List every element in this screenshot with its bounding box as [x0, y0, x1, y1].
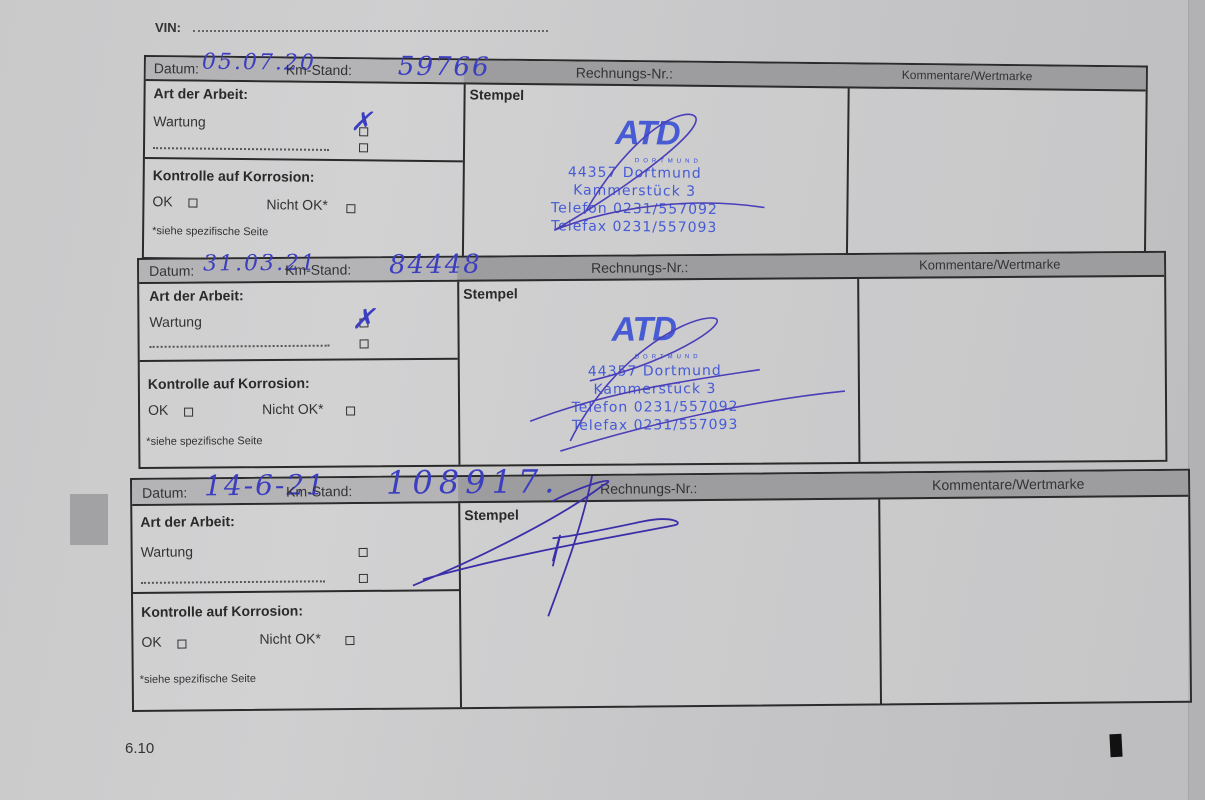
wartung-label: Wartung — [149, 314, 202, 330]
wartung-label: Wartung — [141, 543, 194, 559]
kommentare-label: Kommentare/Wertmarke — [932, 476, 1084, 493]
korrosion-ok-checkbox[interactable] — [184, 408, 193, 417]
stempel-label: Stempel — [463, 285, 518, 301]
rechnungs-nr-label: Rechnungs-Nr.: — [591, 259, 688, 276]
wartung-check-mark: ✗ — [350, 107, 372, 137]
dealer-stamp: 44357 Dortmund Kammerstück 3 Telefon 023… — [504, 163, 765, 238]
rechnungs-nr-label: Rechnungs-Nr.: — [576, 65, 673, 82]
stamp-logo: ATD — [611, 310, 676, 349]
footnote: *siehe spezifische Seite — [146, 435, 262, 448]
art-der-arbeit-label: Art der Arbeit: — [154, 85, 249, 102]
datum-label: Datum: — [149, 263, 194, 279]
stamp-logo-sub: DORTMUND — [635, 354, 702, 360]
kommentar-section — [878, 497, 1190, 704]
ok-label: OK — [148, 402, 168, 418]
km-stand-label: Km-Stand: — [286, 61, 352, 78]
stempel-label: Stempel — [464, 507, 519, 523]
vin-label: VIN: — [155, 20, 181, 35]
vin-field — [193, 30, 548, 32]
work-section: Art der Arbeit: Wartung Kontrolle auf Ko… — [132, 503, 460, 710]
other-work-field — [153, 147, 329, 151]
rechnungs-nr-label: Rechnungs-Nr.: — [600, 480, 697, 497]
stamp-section: Stempel — [458, 499, 882, 707]
art-der-arbeit-label: Art der Arbeit: — [140, 513, 235, 530]
footnote: *siehe spezifische Seite — [140, 673, 256, 686]
kontrolle-label: Kontrolle auf Korrosion: — [153, 167, 315, 185]
work-section: Art der Arbeit: Wartung ✗ Kontrolle auf … — [139, 282, 458, 467]
stamp-section: Stempel ATD DORTMUND 44357 Dortmund Kamm… — [457, 279, 860, 465]
datum-label: Datum: — [142, 485, 187, 501]
other-work-checkbox[interactable] — [359, 143, 368, 152]
other-work-field — [150, 345, 330, 348]
other-work-checkbox[interactable] — [359, 574, 368, 583]
kommentar-section — [846, 88, 1146, 267]
datum-label: Datum: — [154, 60, 199, 76]
km-stand-label: Km-Stand: — [286, 483, 352, 500]
art-der-arbeit-label: Art der Arbeit: — [149, 287, 244, 304]
km-stand-value: 108917. — [386, 462, 561, 502]
korrosion-nicht-ok-checkbox[interactable] — [346, 406, 355, 415]
korrosion-ok-checkbox[interactable] — [188, 198, 197, 207]
service-entry-1: Datum: 05.07.20 Km-Stand: 59766 Rechnung… — [142, 55, 1148, 270]
km-stand-label: Km-Stand: — [285, 262, 351, 278]
wartung-check-mark: ✗ — [351, 302, 375, 335]
stamp-section: Stempel ATD DORTMUND 44357 Dortmund Kamm… — [462, 84, 850, 264]
dealer-stamp: 44357 Dortmund Kammerstück 3 Telefon 023… — [520, 361, 790, 435]
work-section: Art der Arbeit: Wartung ✗ Kontrolle auf … — [144, 81, 464, 260]
korrosion-nicht-ok-checkbox[interactable] — [345, 636, 354, 645]
kommentare-label: Kommentare/Wertmarke — [902, 68, 1033, 83]
korrosion-nicht-ok-checkbox[interactable] — [346, 204, 355, 213]
ok-label: OK — [152, 193, 172, 209]
kommentar-section — [857, 277, 1165, 462]
service-entry-3: Datum: 14-6-21 Km-Stand: 108917. Rechnun… — [130, 469, 1192, 712]
page-number: 6.10 — [125, 740, 154, 757]
black-page-marker — [1109, 734, 1122, 758]
ok-label: OK — [141, 634, 161, 650]
nicht-ok-label: Nicht OK* — [262, 401, 324, 417]
stempel-label: Stempel — [470, 86, 525, 103]
kontrolle-label: Kontrolle auf Korrosion: — [148, 375, 310, 392]
other-work-checkbox[interactable] — [360, 339, 369, 348]
kontrolle-label: Kontrolle auf Korrosion: — [141, 602, 303, 619]
km-stand-value: 59766 — [398, 52, 491, 83]
stamp-logo: ATD — [615, 114, 680, 154]
footnote: *siehe spezifische Seite — [152, 225, 268, 238]
korrosion-ok-checkbox[interactable] — [177, 640, 186, 649]
kommentare-label: Kommentare/Wertmarke — [919, 257, 1060, 273]
gray-page-tab — [70, 494, 108, 545]
nicht-ok-label: Nicht OK* — [259, 630, 321, 647]
km-stand-value: 84448 — [389, 250, 482, 281]
service-entry-2: Datum: 31.03.21 Km-Stand: 84448 Rechnung… — [137, 251, 1167, 469]
wartung-checkbox[interactable] — [359, 548, 368, 557]
wartung-label: Wartung — [153, 113, 206, 130]
other-work-field — [141, 580, 325, 584]
nicht-ok-label: Nicht OK* — [266, 196, 328, 213]
